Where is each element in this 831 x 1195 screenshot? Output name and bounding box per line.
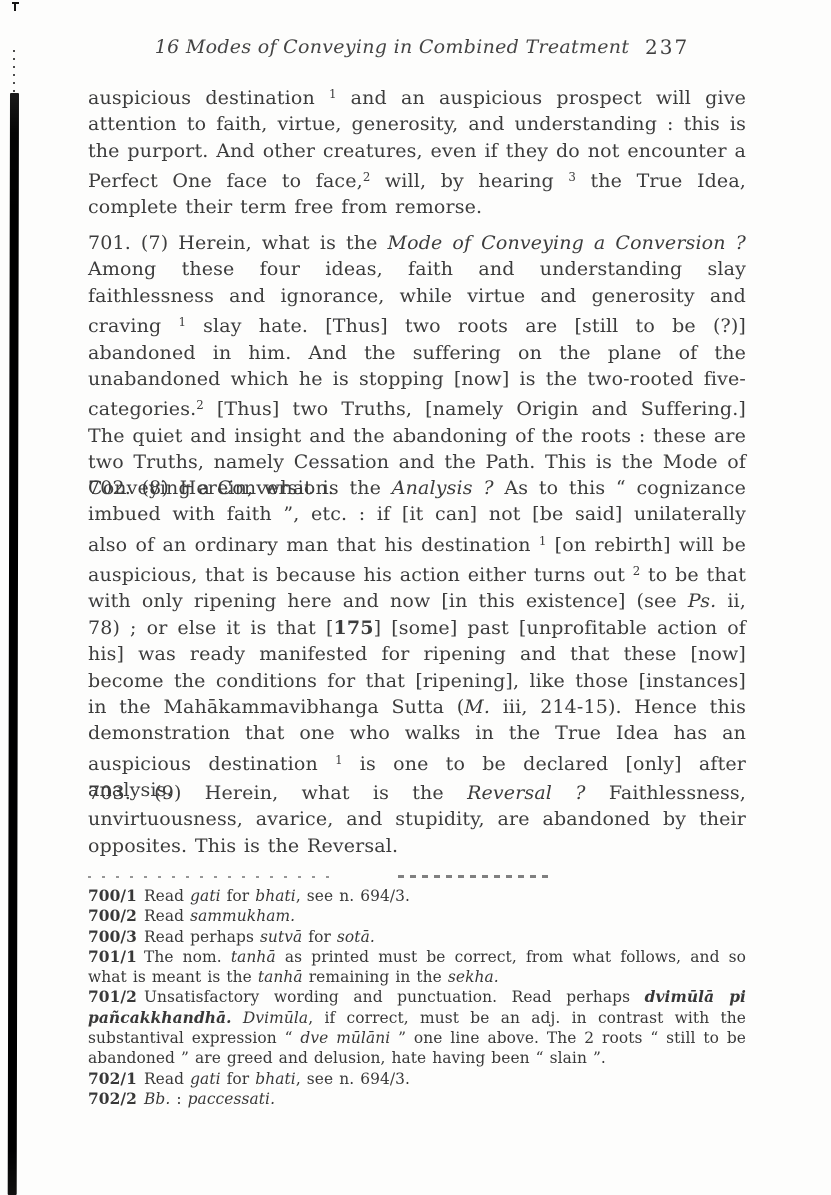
footnote-700-2: 700/2Read sammukham. [88,906,746,926]
scanned-book-page: 16 Modes of Conveying in Combined Treatm… [0,0,831,1195]
paragraph-702: 702. (8) Herein, what is the Analysis ? … [88,475,746,804]
footnote-701-1: 701/1The nom. tanhā as printed must be c… [88,947,746,988]
footnote-702-2: 702/2Bb. : paccessati. [88,1089,746,1109]
footnote-label: 702/1 [88,1070,144,1088]
paragraph-700-continuation: auspicious destination 1 and an auspicio… [88,81,746,221]
footnote-text: Unsatisfactory wording and punctuation. … [88,988,746,1067]
footnotes: 700/1Read gati for bhati, see n. 694/3. … [88,886,746,1109]
page-number: 237 [645,35,689,59]
footnote-label: 700/1 [88,887,144,905]
footnote-text: Read gati for bhati, see n. 694/3. [144,1070,410,1088]
footnote-701-2: 701/2Unsatisfactory wording and punctuat… [88,987,746,1068]
scan-artifact-corner-mark [12,2,19,11]
footnote-text: Bb. : paccessati. [144,1090,275,1108]
paragraph-701: 701. (7) Herein, what is the Mode of Con… [88,230,746,502]
footnote-702-1: 702/1Read gati for bhati, see n. 694/3. [88,1069,746,1089]
footnote-label: 702/2 [88,1090,144,1108]
footnote-text: Read perhaps sutvā for sotā. [144,928,375,946]
footnote-label: 701/2 [88,988,144,1006]
running-header-title: 16 Modes of Conveying in Combined Treatm… [88,36,696,58]
scan-artifact-binding-bar [8,93,19,1195]
footnote-separator-dashes [398,875,548,878]
footnote-text: Read sammukham. [144,907,295,925]
footnote-label: 700/3 [88,928,144,946]
paragraph-703: 703. (9) Herein, what is the Reversal ? … [88,780,746,859]
footnote-700-1: 700/1Read gati for bhati, see n. 694/3. [88,886,746,906]
footnote-text: Read gati for bhati, see n. 694/3. [144,887,410,905]
footnote-text: The nom. tanhā as printed must be correc… [88,948,746,986]
footnote-separator-dots [88,876,340,878]
footnote-label: 701/1 [88,948,144,966]
footnote-separator-rule [88,875,746,879]
footnote-label: 700/2 [88,907,144,925]
footnote-700-3: 700/3Read perhaps sutvā for sotā. [88,927,746,947]
scan-artifact-dotted-streak [13,50,15,96]
